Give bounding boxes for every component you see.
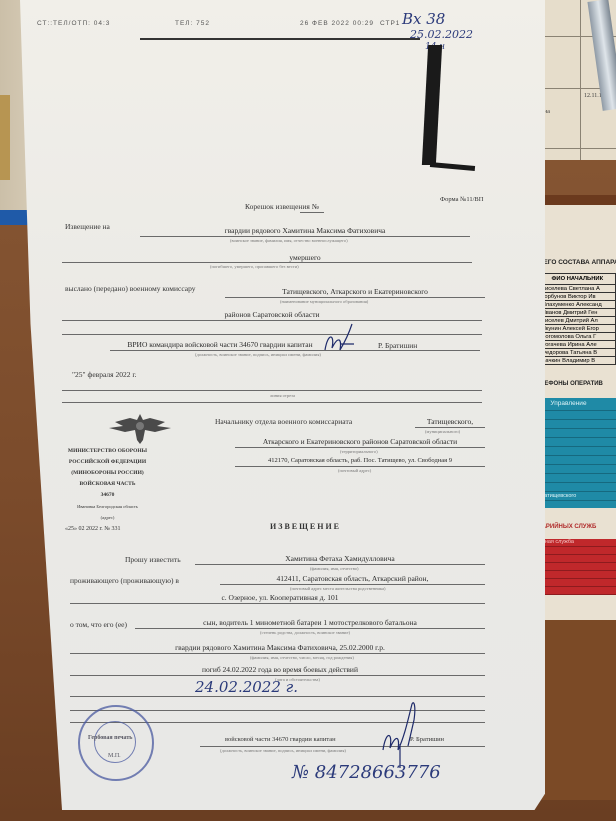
signer-name: Р. Братишин bbox=[378, 341, 417, 350]
issuer-line: МИНИСТЕРСТВО ОБОРОНЫ bbox=[60, 446, 155, 457]
caption: (муниципального) bbox=[425, 429, 460, 434]
issued-value: районов Саратовской области bbox=[62, 310, 482, 319]
caption: (должность, воинское звание, подпись, ин… bbox=[220, 748, 346, 753]
issuer-block: МИНИСТЕРСТВО ОБОРОНЫ РОССИЙСКОЙ ФЕДЕРАЦИ… bbox=[60, 446, 155, 523]
residence-value: с. Озерное, ул. Кооперативная д. 101 bbox=[80, 593, 480, 602]
commander-position: войсковой части 34670 гвардии капитан bbox=[225, 736, 336, 743]
caption: (степень родства, должность, воинское зв… bbox=[260, 630, 350, 635]
residence-value: 412411, Саратовская область, Аткарский р… bbox=[220, 574, 485, 583]
status-value: умершего bbox=[140, 253, 470, 262]
table-cell: Иванов Дмитрий Ген bbox=[539, 309, 615, 317]
signature bbox=[378, 700, 418, 770]
that-label: о том, что его (ее) bbox=[70, 620, 127, 629]
notice-title: ИЗВЕЩЕНИЕ bbox=[270, 522, 341, 531]
notice-document: СТ::ТЕЛ/ОТП: 04:3 ТЕЛ: 752 26 ФЕВ 2022 0… bbox=[20, 0, 545, 810]
table-cell: Плахуменко Александ bbox=[539, 301, 615, 309]
signer-position: ВРИО командира войсковой части 34670 гва… bbox=[120, 340, 320, 349]
caption: (почтовый адрес) bbox=[338, 468, 371, 473]
addressee-address: 412170, Саратовская область, раб. Пос. Т… bbox=[235, 457, 485, 464]
sent-to-value: гвардии рядового Хамитина Максима Фатихо… bbox=[140, 226, 470, 235]
addressee-value: Аткарского и Екатериновского районов Сар… bbox=[235, 437, 485, 446]
issued-label: выслано (передано) военному комиссару bbox=[65, 284, 196, 293]
relative-name: Хамитина Фетаха Хамидулловича bbox=[195, 554, 485, 563]
table-cell: Рогачева Ирина Але bbox=[539, 341, 615, 349]
official-stamp: Гербовая печать М.П. bbox=[78, 705, 154, 781]
signature bbox=[320, 322, 360, 356]
issuer-line: РОССИЙСКОЙ ФЕДЕРАЦИИ bbox=[60, 457, 155, 468]
stamp-text: Гербовая печать bbox=[88, 735, 132, 741]
table-cell: Якунин Алексей Егор bbox=[539, 325, 615, 333]
fax-header-tel: ТЕЛ: 752 bbox=[175, 20, 210, 27]
fax-header-page: СТР1 bbox=[380, 20, 400, 27]
table-cell: Киселев Дмитрий Ал bbox=[539, 317, 615, 325]
caption: (фамилия, имя, отчество, число, месяц, г… bbox=[250, 655, 354, 660]
marker-stroke bbox=[430, 162, 475, 171]
issuer-line: Ивановка Белгородская область bbox=[60, 501, 155, 512]
spine-date: "25" февраля 2022 г. bbox=[72, 370, 136, 379]
table-cell: Богомолова Ольга Г bbox=[539, 333, 615, 341]
fax-header-datetime: 26 ФЕВ 2022 00:29 bbox=[300, 20, 374, 27]
date-cell: 12.11.1 bbox=[584, 93, 602, 100]
issuer-line: 34670 bbox=[60, 490, 155, 501]
issuer-line: (адрес) bbox=[60, 512, 155, 523]
outgoing-number: «25» 02 2022 г. № 331 bbox=[65, 526, 121, 532]
caption: (воинское звание, фамилия, имя, отчество… bbox=[230, 238, 348, 243]
stamp-mp: М.П. bbox=[108, 753, 121, 759]
caption: (фамилия, имя, отчество) bbox=[310, 566, 359, 571]
deceased-value: гвардии рядового Хамитина Максима Фатихо… bbox=[80, 643, 480, 652]
caption: (территориального) bbox=[340, 449, 378, 454]
addressee-value: Татищевского, bbox=[415, 417, 485, 426]
handwritten-phone: № 84728663776 bbox=[292, 762, 441, 783]
caption: (должность, воинское звание, подпись, ин… bbox=[195, 352, 321, 357]
caption: (почтовый адрес места жительства родстве… bbox=[290, 586, 386, 591]
issued-value: Татищевского, Аткарского и Екатериновско… bbox=[225, 287, 485, 296]
table-cell: Бачкин Владимир В bbox=[539, 357, 615, 365]
caption: (наименование муниципального образования… bbox=[280, 299, 368, 304]
table-cell: Киселева Светлана А bbox=[539, 285, 615, 293]
circumstances-value: погиб 24.02.2022 года во время боевых де… bbox=[80, 665, 480, 674]
issuer-line: (МИНОБОРОНЫ РОССИИ) bbox=[60, 468, 155, 479]
fax-header-left: СТ::ТЕЛ/ОТП: 04:3 bbox=[37, 20, 110, 27]
table-header: ФИО НАЧАЛЬНИК bbox=[539, 274, 615, 285]
addressee-label: Начальнику отдела военного комиссариата bbox=[215, 417, 352, 426]
handwritten-reg-number: Вх 38 bbox=[402, 10, 445, 28]
table-cell: Федорова Татьяна В bbox=[539, 349, 615, 357]
handwritten-death-date: 24.02.2022 г. bbox=[195, 678, 298, 696]
table-cell: Горбунов Виктор Ив bbox=[539, 293, 615, 301]
issuer-line: ВОЙСКОВАЯ ЧАСТЬ bbox=[60, 479, 155, 490]
coat-of-arms-eagle-icon bbox=[105, 410, 175, 446]
caption: (погибшего, умершего, пропавшего без вес… bbox=[210, 264, 299, 269]
sent-to-label: Извещение на bbox=[65, 222, 110, 231]
residence-label: проживающего (проживающую) в bbox=[70, 576, 179, 585]
relationship-value: сын, водитель 1 минометной батареи 1 мот… bbox=[135, 618, 485, 627]
gold-edge bbox=[0, 95, 10, 180]
cut-line-caption: линия отреза bbox=[270, 393, 295, 398]
form-number: Форма №11/ВП bbox=[440, 196, 483, 203]
spine-title: Корешок извещения № bbox=[245, 202, 319, 211]
fax-line bbox=[140, 38, 420, 40]
ask-label: Прошу известить bbox=[125, 555, 181, 564]
marker-stroke bbox=[422, 45, 442, 165]
